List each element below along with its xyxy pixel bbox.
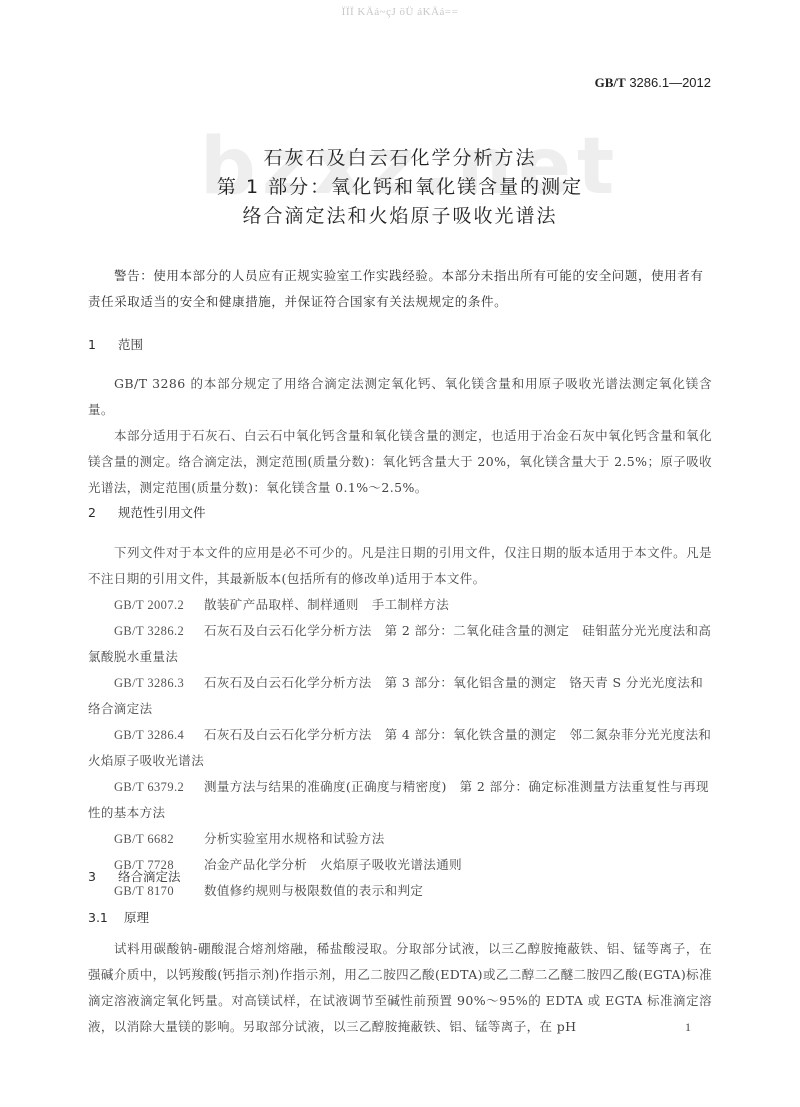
reference-item: GB/T 2007.2散装矿产品取样、制样通则 手工制样方法: [88, 592, 712, 618]
reference-item: GB/T 3286.4石灰石及白云石化学分析方法 第 4 部分：氧化铁含量的测定…: [88, 722, 712, 774]
section-number: 3: [88, 869, 118, 884]
paragraph: 下列文件对于本文件的应用是必不可少的。凡是注日期的引用文件，仅注日期的版本适用于…: [88, 540, 712, 592]
reference-code: GB/T 3286.4: [88, 722, 194, 748]
title-line-1: 石灰石及白云石化学分析方法: [0, 143, 800, 170]
section-heading-normative-references: 2规范性引用文件: [88, 503, 206, 521]
reference-item: GB/T 3286.2石灰石及白云石化学分析方法 第 2 部分：二氧化硅含量的测…: [88, 618, 712, 670]
reference-code: GB/T 6682: [114, 826, 194, 852]
standard-code: 3286.1—2012: [629, 75, 711, 90]
reference-title: 分析实验室用水规格和试验方法: [204, 831, 385, 846]
title-line-3: 络合滴定法和火焰原子吸收光谱法: [0, 201, 800, 228]
references-intro: 下列文件对于本文件的应用是必不可少的。凡是注日期的引用文件，仅注日期的版本适用于…: [88, 540, 712, 592]
section-title: 范围: [118, 337, 143, 352]
paragraph: 本部分适用于石灰石、白云石中氧化钙含量和氧化镁含量的测定，也适用于冶金石灰中氧化…: [88, 423, 712, 501]
principle-body: 试料用碳酸钠-硼酸混合熔剂熔融，稀盐酸浸取。分取部分试液，以三乙醇胺掩蔽铁、铝、…: [88, 936, 712, 1040]
page-number: 1: [685, 1020, 691, 1035]
section-number: 3.1: [88, 910, 124, 925]
reference-title: 冶金产品化学分析 火焰原子吸收光谱法通则: [204, 857, 462, 872]
reference-code: GB/T 6379.2: [88, 774, 194, 800]
paragraph: 试料用碳酸钠-硼酸混合熔剂熔融，稀盐酸浸取。分取部分试液，以三乙醇胺掩蔽铁、铝、…: [88, 936, 712, 1040]
reference-item: GB/T 6682分析实验室用水规格和试验方法: [88, 826, 712, 852]
reference-item: GB/T 7728冶金产品化学分析 火焰原子吸收光谱法通则: [88, 852, 712, 878]
section-heading-complexometric-titration: 3络合滴定法: [88, 867, 181, 885]
reference-title: 散装矿产品取样、制样通则 手工制样方法: [204, 597, 449, 612]
section-heading-scope: 1范围: [88, 335, 143, 353]
scope-body: GB/T 3286 的本部分规定了用络合滴定法测定氧化钙、氧化镁含量和用原子吸收…: [88, 371, 712, 501]
section-title: 络合滴定法: [118, 869, 181, 884]
reference-item: GB/T 8170数值修约规则与极限数值的表示和判定: [88, 878, 712, 904]
paragraph: GB/T 3286 的本部分规定了用络合滴定法测定氧化钙、氧化镁含量和用原子吸收…: [88, 371, 712, 423]
safety-warning: 警告：使用本部分的人员应有正规实验室工作实践经验。本部分未指出所有可能的安全问题…: [88, 263, 712, 315]
reference-title: 数值修约规则与极限数值的表示和判定: [204, 883, 423, 898]
title-line-2: 第 1 部分：氧化钙和氧化镁含量的测定: [0, 172, 800, 199]
top-watermark-text: ÏÏÏ KÄá~çJ öÜ áKÄá==: [0, 6, 800, 18]
standard-number: GB/T 3286.1—2012: [595, 75, 711, 91]
reference-list: GB/T 2007.2散装矿产品取样、制样通则 手工制样方法 GB/T 3286…: [88, 592, 712, 904]
section-heading-principle: 3.1原理: [88, 908, 149, 926]
reference-code: GB/T 2007.2: [114, 592, 194, 618]
reference-code: GB/T 3286.3: [88, 670, 194, 696]
reference-item: GB/T 3286.3石灰石及白云石化学分析方法 第 3 部分：氧化铝含量的测定…: [88, 670, 712, 722]
reference-item: GB/T 6379.2测量方法与结果的准确度(正确度与精密度) 第 2 部分：确…: [88, 774, 712, 826]
section-number: 2: [88, 505, 118, 520]
reference-code: GB/T 3286.2: [88, 618, 194, 644]
section-number: 1: [88, 337, 118, 352]
standard-prefix: GB/T: [595, 75, 626, 90]
section-title: 规范性引用文件: [118, 505, 206, 520]
section-title: 原理: [124, 910, 149, 925]
